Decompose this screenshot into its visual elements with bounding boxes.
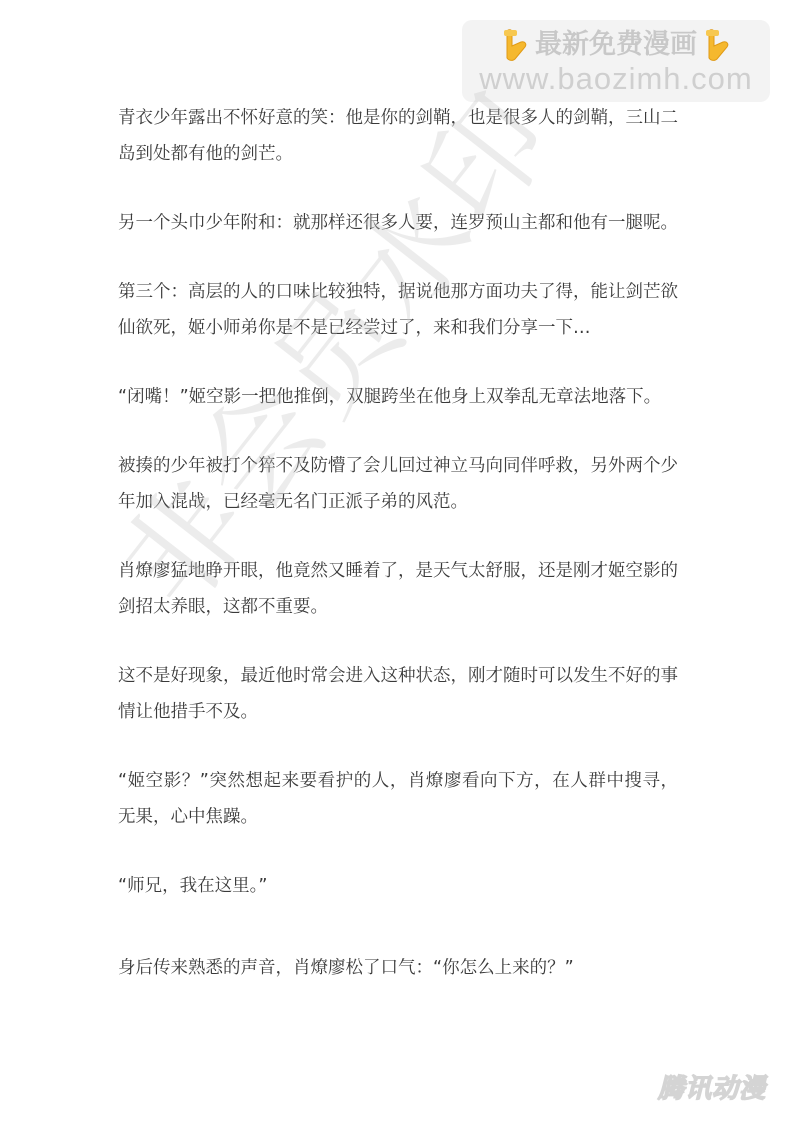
paragraph: 身后传来熟悉的声音，肖燎廖松了口气：“你怎么上来的？” <box>118 950 678 986</box>
paragraph: 这不是好现象，最近他时常会进入这种状态，刚才随时可以发生不好的事情让他措手不及。 <box>118 658 678 730</box>
banner-title-row: 最新免费漫画 <box>462 28 770 62</box>
pointing-down-hand-icon <box>703 28 731 62</box>
paragraph: “姬空影？”突然想起来要看护的人，肖燎廖看向下方，在人群中搜寻，无果，心中焦躁。 <box>118 763 678 835</box>
publisher-logo: 腾讯动漫 <box>652 1068 772 1104</box>
paragraph: 被揍的少年被打个猝不及防懵了会儿回过神立马向同伴呼救，另外两个少年加入混战，已经… <box>118 448 678 520</box>
site-banner[interactable]: 最新免费漫画 www.baozimh.com <box>462 20 770 102</box>
paragraph: 第三个：高层的人的口味比较独特，据说他那方面功夫了得，能让剑芒欲仙欲死，姬小师弟… <box>118 274 678 346</box>
pointing-down-hand-icon <box>501 28 529 62</box>
paragraph: “闭嘴！”姬空影一把他推倒，双腿跨坐在他身上双拳乱无章法地落下。 <box>118 379 678 415</box>
chapter-text: 青衣少年露出不怀好意的笑：他是你的剑鞘，也是很多人的剑鞘，三山二岛到处都有他的剑… <box>118 100 678 1019</box>
paragraph: “师兄，我在这里。” <box>118 868 678 904</box>
banner-title: 最新免费漫画 <box>535 28 697 62</box>
paragraph: 青衣少年露出不怀好意的笑：他是你的剑鞘，也是很多人的剑鞘，三山二岛到处都有他的剑… <box>118 100 678 172</box>
banner-url[interactable]: www.baozimh.com <box>462 62 770 96</box>
paragraph: 肖燎廖猛地睁开眼，他竟然又睡着了，是天气太舒服，还是刚才姬空影的剑招太养眼，这都… <box>118 553 678 625</box>
paragraph: 另一个头巾少年附和：就那样还很多人要，连罗预山主都和他有一腿呢。 <box>118 205 678 241</box>
